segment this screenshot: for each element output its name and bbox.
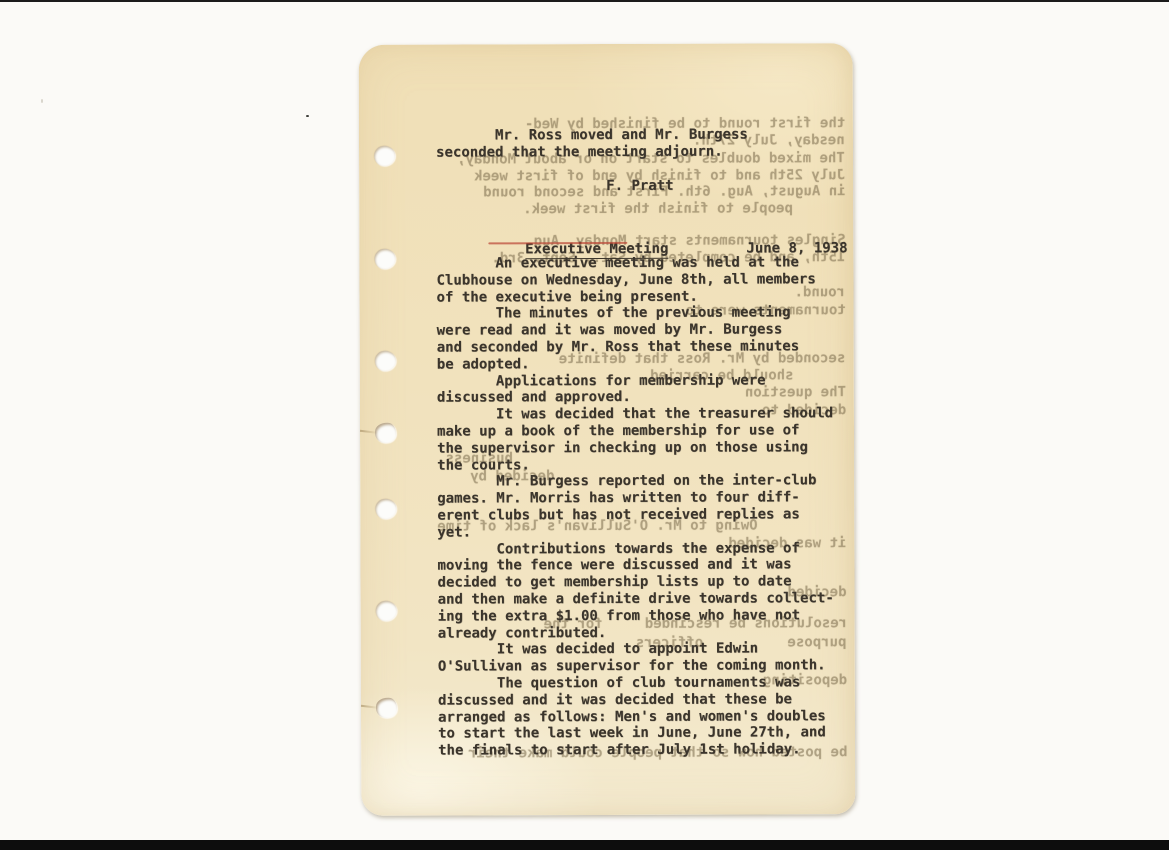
- dust-speck: [306, 115, 309, 117]
- bleedthrough-line: people to finish the first week.: [523, 200, 793, 218]
- scan-canvas: { "page": { "scan_background_color": "#f…: [0, 0, 1169, 850]
- meeting-minutes-body: An executive meeting was held at the Clu…: [436, 254, 834, 759]
- scanner-top-edge: [0, 0, 1169, 2]
- paper-page: the first round to be finished by Wed-ne…: [359, 43, 856, 816]
- closing-statement: Mr. Ross moved and Mr. Burgess seconded …: [436, 127, 748, 162]
- scanner-bottom-strip: [0, 840, 1169, 850]
- signature: F. Pratt: [606, 178, 673, 195]
- dust-speck: [41, 99, 43, 103]
